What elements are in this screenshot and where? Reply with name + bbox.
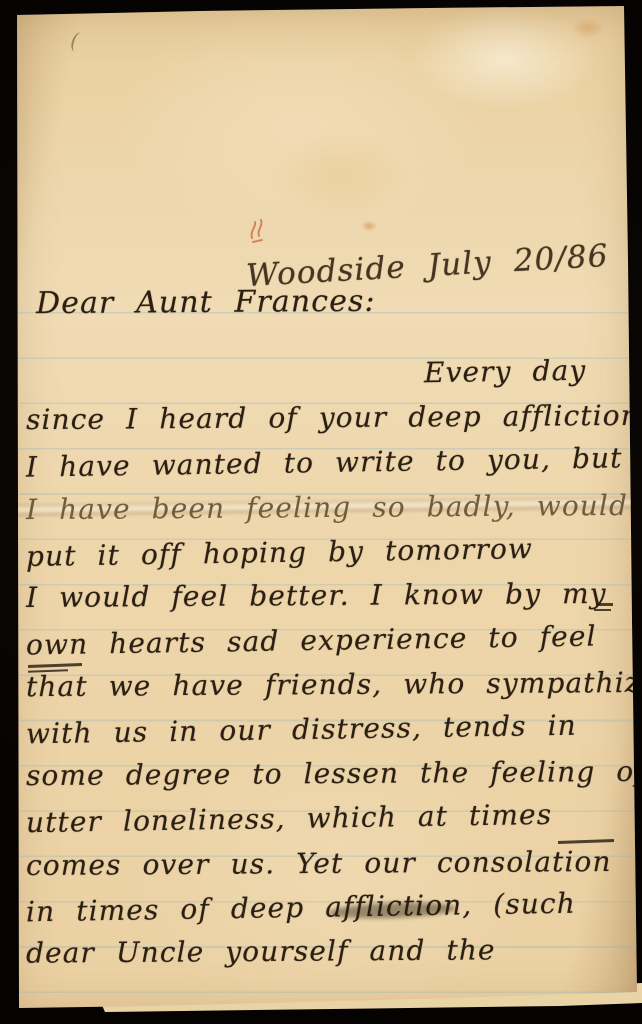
letter-page: Woodside July 20/86 Dear Aunt Frances: E… [0, 0, 642, 1024]
handwriting-line: I have been feeling so badly, would [26, 489, 628, 526]
salutation-text: Dear Aunt Frances: [36, 284, 376, 321]
handwriting-line: some degree to lessen the feeling of [26, 755, 642, 792]
red-ink-mark [248, 212, 278, 246]
equals-mark-stroke [596, 603, 613, 606]
handwriting-line: comes over us. Yet our consolation [26, 845, 612, 882]
equals-mark-stroke [594, 609, 611, 611]
body-opening-words: Every day [424, 354, 587, 390]
handwriting-line: dear Uncle yourself and the [26, 933, 496, 969]
photo-stage: Woodside July 20/86 Dear Aunt Frances: E… [0, 0, 642, 1024]
handwriting-line: since I heard of your deep affliction [26, 399, 640, 436]
stray-fiber-mark [70, 31, 86, 53]
handwriting-line: that we have friends, who sympathize [26, 666, 642, 703]
handwriting-line: I would feel better. I know by my [26, 577, 607, 614]
